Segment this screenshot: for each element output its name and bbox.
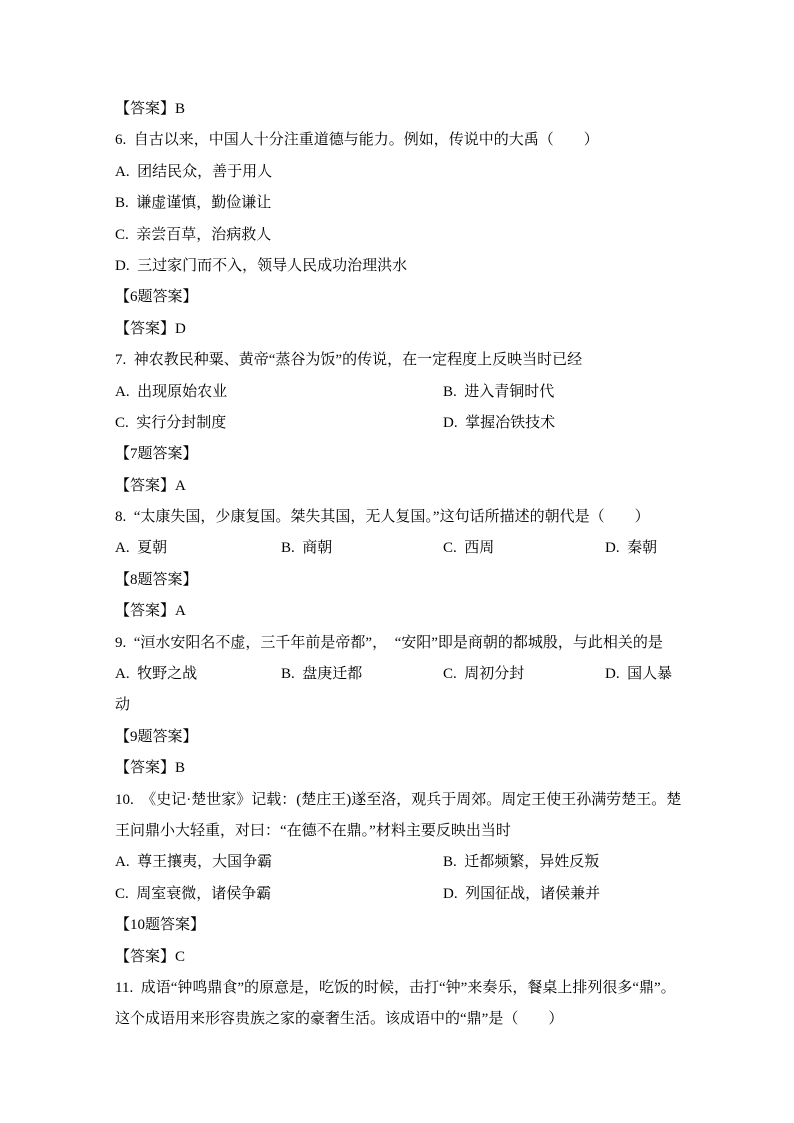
option-cell: C. 西周 (443, 533, 494, 564)
text-run: C. 亲尝百草，治病救人 (115, 220, 271, 251)
option-cell: C. 周初分封 (443, 659, 524, 690)
answer-line: 【答案】A (115, 596, 681, 627)
text-run: 6. 自古以来，中国人十分注重道德与能力。例如，传说中的大禹（ ） (115, 125, 599, 156)
option-cell: B. 商朝 (281, 533, 332, 564)
text-run: D. 三过家门而不入，领导人民成功治理洪水 (115, 251, 407, 282)
answer-header-line: 【8题答案】 (115, 565, 681, 596)
text-run: 【答案】D (115, 314, 186, 345)
option-cell: C. 周室衰微，诸侯争霸 (115, 879, 271, 910)
continuation-line: 动 (115, 690, 681, 721)
text-run: 【8题答案】 (115, 565, 198, 596)
options-line: C. 周室衰微，诸侯争霸D. 列国征战，诸侯兼并 (115, 879, 681, 910)
text-run: 9. “洹水安阳名不虚，三千年前是帝都”， “安阳”即是商朝的都城殷，与此相关的… (115, 628, 663, 659)
question-line: 10. 《史记·楚世家》记载：(楚庄王)遂至洛，观兵于周郊。周定王使王孙满劳楚王… (115, 785, 681, 816)
option-cell: D. 列国征战，诸侯兼并 (443, 879, 600, 910)
text-run: 动 (115, 690, 130, 721)
option-cell: B. 盘庚迁都 (281, 659, 362, 690)
text-run: 王问鼎小大轻重，对曰：“在德不在鼎。”材料主要反映出当时 (115, 816, 511, 847)
options-line: A. 团结民众，善于用人 (115, 157, 681, 188)
option-cell: A. 出现原始农业 (115, 377, 227, 408)
option-cell: D. 秦朝 (605, 533, 657, 564)
text-run: 【7题答案】 (115, 439, 198, 470)
answer-header-line: 【10题答案】 (115, 910, 681, 941)
continuation-line: 这个成语用来形容贵族之家的豪奢生活。该成语中的“鼎”是（ ） (115, 1004, 681, 1035)
text-run: A. 团结民众，善于用人 (115, 157, 272, 188)
continuation-line: 王问鼎小大轻重，对曰：“在德不在鼎。”材料主要反映出当时 (115, 816, 681, 847)
answer-line: 【答案】D (115, 314, 681, 345)
options-line: A. 牧野之战B. 盘庚迁都C. 周初分封D. 国人暴 (115, 659, 681, 690)
text-run: 【6题答案】 (115, 282, 198, 313)
answer-header-line: 【9题答案】 (115, 722, 681, 753)
options-line: A. 出现原始农业B. 进入青铜时代 (115, 377, 681, 408)
question-line: 6. 自古以来，中国人十分注重道德与能力。例如，传说中的大禹（ ） (115, 125, 681, 156)
text-run: 【答案】C (115, 942, 185, 973)
text-run: 10. 《史记·楚世家》记载：(楚庄王)遂至洛，观兵于周郊。周定王使王孙满劳楚王… (115, 785, 681, 816)
options-line: B. 谦虚谨慎，勤俭谦让 (115, 188, 681, 219)
text-run: 【答案】B (115, 94, 185, 125)
option-cell: D. 掌握冶铁技术 (443, 408, 555, 439)
option-cell: B. 进入青铜时代 (443, 377, 554, 408)
text-run: 11. 成语“钟鸣鼎食”的原意是，吃饭的时候，击打“钟”来奏乐，餐桌上排列很多“… (115, 973, 676, 1004)
text-run: 8. “太康失国，少康复国。桀失其国，无人复国。”这句话所描述的朝代是（ ） (115, 502, 650, 533)
text-run: 7. 神农教民种粟、黄帝“蒸谷为饭”的传说，在一定程度上反映当时已经 (115, 345, 582, 376)
options-line: C. 亲尝百草，治病救人 (115, 220, 681, 251)
text-run: B. 谦虚谨慎，勤俭谦让 (115, 188, 271, 219)
options-line: D. 三过家门而不入，领导人民成功治理洪水 (115, 251, 681, 282)
document-content: 【答案】B6. 自古以来，中国人十分注重道德与能力。例如，传说中的大禹（ ）A.… (115, 94, 681, 1036)
text-run: 【9题答案】 (115, 722, 198, 753)
options-line: A. 夏朝B. 商朝C. 西周D. 秦朝 (115, 533, 681, 564)
document-page: 【答案】B6. 自古以来，中国人十分注重道德与能力。例如，传说中的大禹（ ）A.… (0, 0, 794, 1123)
answer-line: 【答案】B (115, 94, 681, 125)
answer-line: 【答案】B (115, 753, 681, 784)
question-line: 11. 成语“钟鸣鼎食”的原意是，吃饭的时候，击打“钟”来奏乐，餐桌上排列很多“… (115, 973, 681, 1004)
text-run: 【答案】A (115, 471, 186, 502)
option-cell: B. 迁都频繁，异姓反叛 (443, 847, 599, 878)
answer-header-line: 【6题答案】 (115, 282, 681, 313)
question-line: 9. “洹水安阳名不虚，三千年前是帝都”， “安阳”即是商朝的都城殷，与此相关的… (115, 628, 681, 659)
text-run: 【答案】A (115, 596, 186, 627)
options-line: C. 实行分封制度D. 掌握冶铁技术 (115, 408, 681, 439)
text-run: 【答案】B (115, 753, 185, 784)
options-line: A. 尊王攘夷，大国争霸B. 迁都频繁，异姓反叛 (115, 847, 681, 878)
option-cell: D. 国人暴 (605, 659, 672, 690)
option-cell: A. 尊王攘夷，大国争霸 (115, 847, 272, 878)
answer-line: 【答案】A (115, 471, 681, 502)
option-cell: A. 夏朝 (115, 533, 167, 564)
text-run: 这个成语用来形容贵族之家的豪奢生活。该成语中的“鼎”是（ ） (115, 1004, 563, 1035)
answer-header-line: 【7题答案】 (115, 439, 681, 470)
option-cell: A. 牧野之战 (115, 659, 197, 690)
text-run: 【10题答案】 (115, 910, 205, 941)
question-line: 8. “太康失国，少康复国。桀失其国，无人复国。”这句话所描述的朝代是（ ） (115, 502, 681, 533)
option-cell: C. 实行分封制度 (115, 408, 226, 439)
answer-line: 【答案】C (115, 942, 681, 973)
question-line: 7. 神农教民种粟、黄帝“蒸谷为饭”的传说，在一定程度上反映当时已经 (115, 345, 681, 376)
